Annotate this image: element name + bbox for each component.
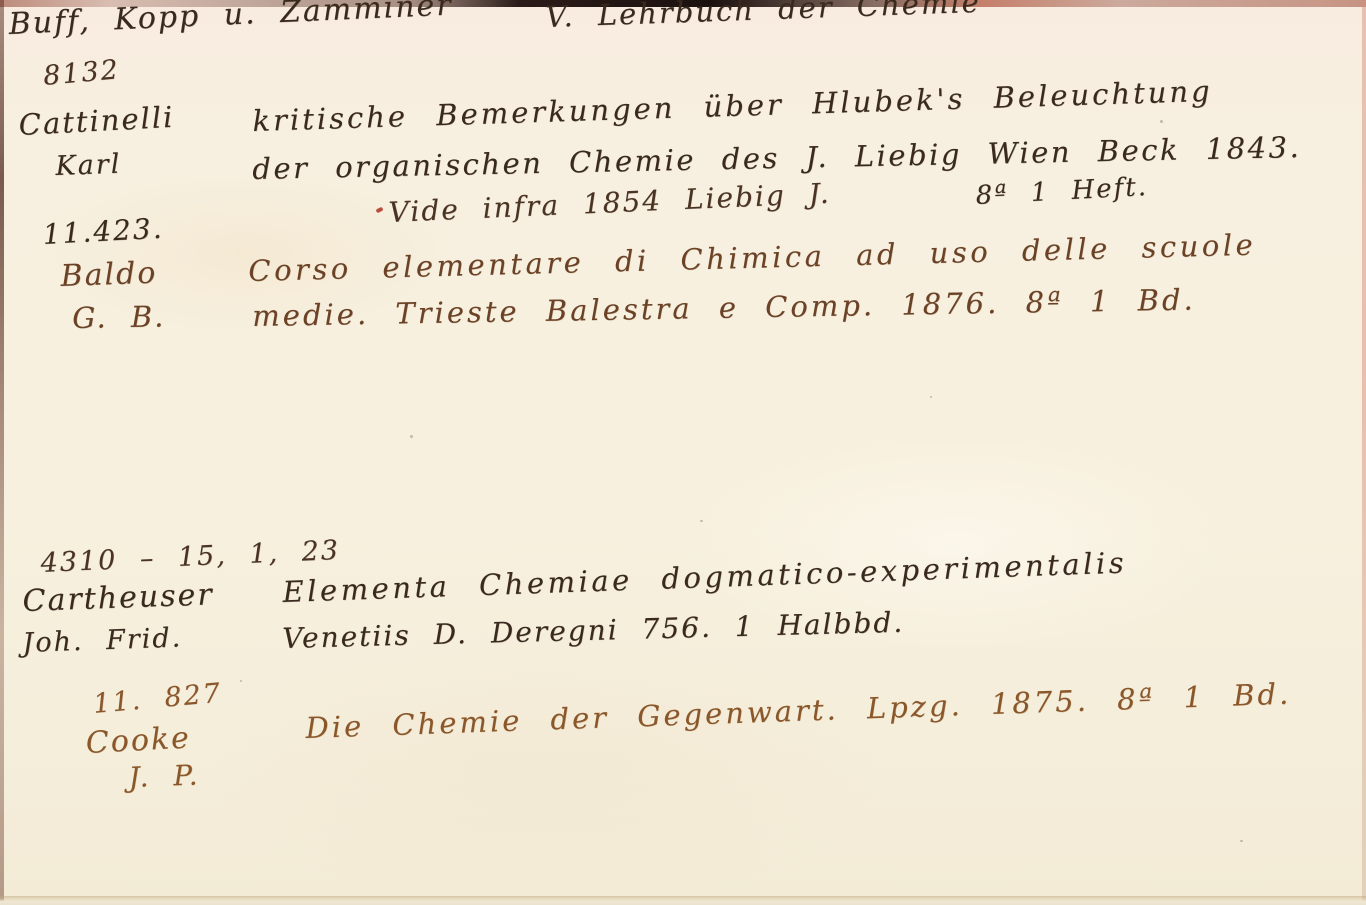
entry-cattinelli-author: Cattinelli — [18, 102, 175, 142]
entry-cooke-firstname: J. P. — [128, 761, 200, 794]
entry-baldo-title-line2: medie. Trieste Balestra e Comp. 1876. 8ª… — [252, 285, 1196, 333]
card-left-edge — [0, 0, 4, 905]
entry-cartheuser-firstname: Joh. Frid. — [22, 623, 183, 658]
entry-cartheuser-title-line1: Elementa Chemiae dogmatico-experimentali… — [282, 548, 1128, 609]
entry-cartheuser-title-line2: Venetiis D. Deregni 756. 1 Halbbd. — [282, 608, 905, 655]
entry-cartheuser-shelfmark: 4310 – 15, 1, 23 — [40, 536, 341, 579]
header-book-title: V. Lehrbuch der Chemie — [545, 0, 981, 34]
entry-cattinelli-format: 8ª 1 Heft. — [975, 173, 1149, 211]
entry-baldo-author: Baldo — [60, 257, 158, 293]
entry-cooke-title-line1: Die Chemie der Gegenwart. Lpzg. 1875. 8ª… — [305, 679, 1292, 745]
paper-speck — [1160, 120, 1163, 123]
catalogue-card: Buff, Kopp u. Zamminer V. Lehrbuch der C… — [0, 0, 1366, 905]
card-right-edge — [1362, 0, 1366, 905]
entry-baldo-firstname: G. B. — [72, 301, 166, 335]
paper-speck — [240, 680, 242, 682]
paper-speck — [930, 396, 932, 398]
entry-cooke-shelfmark: 11. 827 — [92, 679, 223, 720]
entry-cattinelli-title-line1: kritische Bemerkungen über Hlubek's Bele… — [252, 76, 1213, 138]
entry-baldo-shelfmark: 11.423. — [42, 214, 164, 251]
entry-baldo-title-line1: Corso elementare di Chimica ad uso delle… — [248, 230, 1257, 288]
paper-speck — [1240, 840, 1243, 842]
entry-cooke-author: Cooke — [85, 722, 192, 760]
paper-speck — [700, 520, 703, 522]
entry-cartheuser-author: Cartheuser — [22, 578, 214, 618]
entry-cattinelli-note: Vide infra 1854 Liebig J. — [388, 179, 831, 229]
red-ink-mark — [375, 207, 383, 214]
entry-cattinelli-firstname: Karl — [55, 150, 122, 182]
card-bottom-edge — [0, 896, 1366, 905]
entry-cattinelli-shelfmark: 8132 — [42, 55, 121, 91]
paper-speck — [410, 435, 413, 438]
header-authors: Buff, Kopp u. Zamminer — [8, 0, 453, 41]
